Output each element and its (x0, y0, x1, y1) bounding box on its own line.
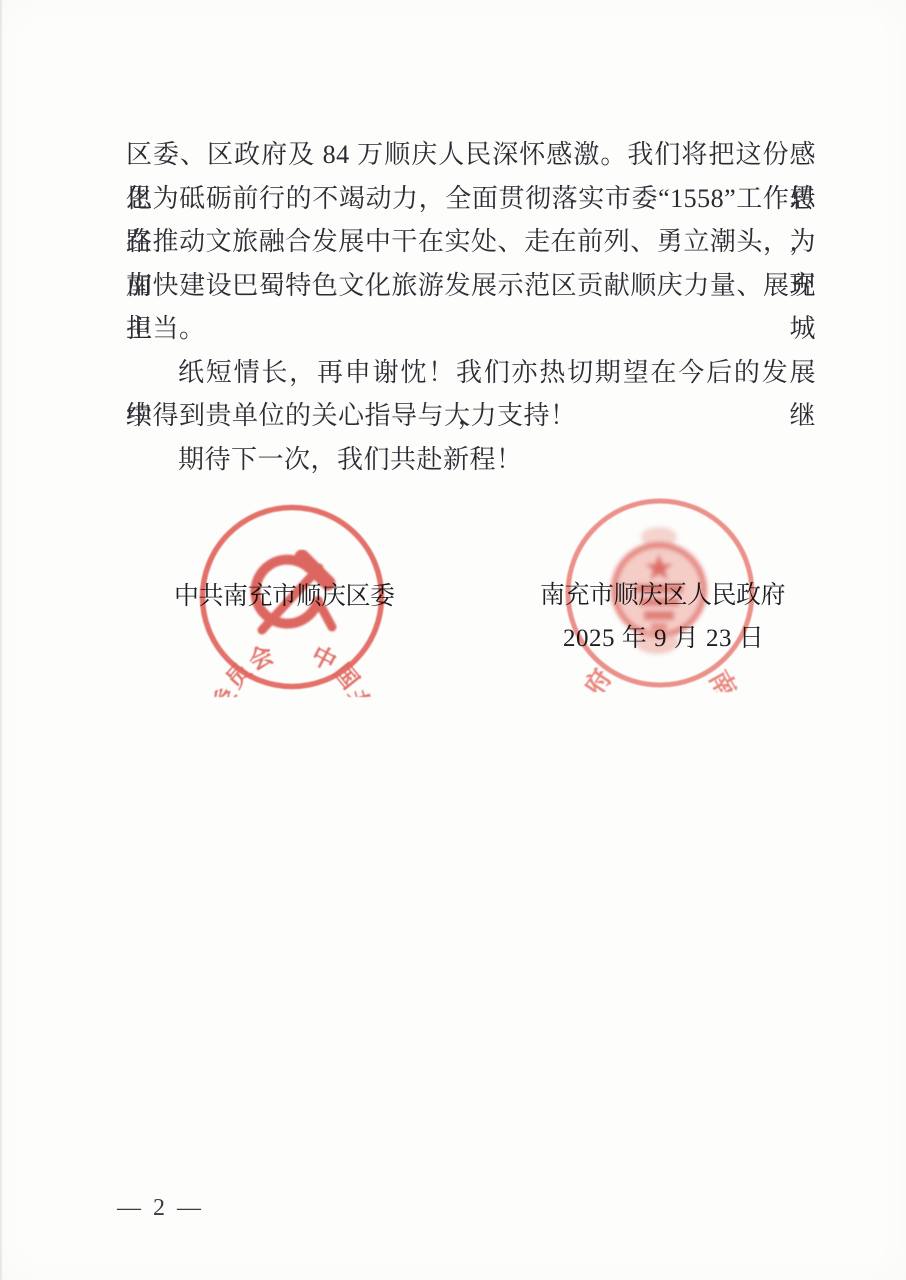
body-line: 在推动文旅融合发展中干在实处、走在前列、勇立潮头，为南充 (126, 220, 816, 264)
seal-ring-text: 南充市顺庆区人民政府 (572, 661, 749, 692)
seal-ring-text: 中国共产党南充市顺庆区委员会 (208, 640, 377, 697)
letter-body: 区委、区政府及 84 万顺庆人民深怀感激。我们将把这份感恩转化为砥砺前行的不竭动… (126, 133, 816, 481)
body-line: 区委、区政府及 84 万顺庆人民深怀感激。我们将把这份感恩转 (126, 133, 816, 177)
signature-government: 南充市顺庆区人民政府 (540, 575, 785, 611)
body-line: 加快建设巴蜀特色文化旅游发展示范区贡献顺庆力量、展现主城 (126, 264, 816, 308)
body-line: 纸短情长，再申谢忱！我们亦热切期望在今后的发展中，继 (126, 351, 816, 395)
signature-party-committee: 中共南充市顺庆区委 (174, 576, 395, 612)
body-line: 化为砥砺前行的不竭动力，全面贯彻落实市委“1558”工作思路， (126, 177, 816, 221)
page-number: — 2 — (117, 1195, 204, 1222)
scanned-letter-page: 区委、区政府及 84 万顺庆人民深怀感激。我们将把这份感恩转化为砥砺前行的不竭动… (0, 0, 906, 1280)
signature-date: 2025 年 9 月 23 日 (563, 618, 764, 654)
body-line: 期待下一次，我们共赴新程！ (126, 438, 816, 482)
